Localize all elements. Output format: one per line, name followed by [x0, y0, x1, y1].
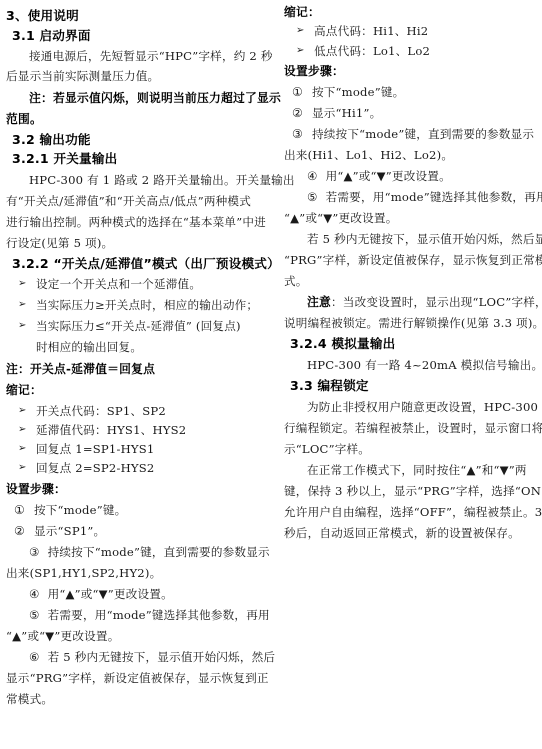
step-continuation: “▲”或“▼”更改设置。 — [284, 210, 398, 226]
paragraph: 行设定(见第 5 项)。 — [6, 235, 113, 251]
circled-number-icon: ⑥ — [29, 650, 40, 664]
step-continuation: “▲”或“▼”更改设置。 — [6, 628, 120, 644]
bullet-arrow-icon: ➢ — [18, 441, 27, 457]
paragraph: 允许用户自由编程，选择“OFF”，编程被禁止。3 — [284, 504, 542, 520]
step-item: ⑤若需要，用“mode”键选择其他参数，再用 — [284, 189, 542, 205]
paragraph: HPC-300 有 1 路或 2 路开关量输出。开关量输出 — [6, 172, 295, 188]
paragraph: 说明编程被锁定。需进行解锁操作(见第 3.3 项)。 — [284, 315, 542, 331]
step-item: ①按下“mode”键。 — [284, 84, 404, 100]
step-item: ⑥若 5 秒内无键按下，显示值开始闪烁，然后 — [6, 649, 275, 665]
note-text: 注：开关点-延滞值＝回复点 — [6, 361, 155, 377]
list-item: ➢回复点 1=SP1-HYS1 — [6, 441, 154, 457]
paragraph: 接通电源后，先短暂显示“HPC”字样，约 2 秒 — [6, 48, 273, 64]
list-item: ➢当实际压力≥开关点时，相应的输出动作； — [6, 297, 258, 313]
list-item: ➢回复点 2=SP2-HYS2 — [6, 460, 154, 476]
section-heading-3: 3、使用说明 — [6, 8, 79, 24]
list-item: ➢延滞值代码：HYS1、HYS2 — [6, 422, 186, 438]
section-heading-3-2: 3.2 输出功能 — [12, 132, 91, 148]
step-continuation: 出来(Hi1、Lo1、Hi2、Lo2)。 — [284, 147, 453, 163]
list-item: ➢开关点代码：SP1、SP2 — [6, 403, 166, 419]
step-continuation: 出来(SP1,HY1,SP2,HY2)。 — [6, 565, 161, 581]
step-item: ③持续按下“mode”键，直到需要的参数显示 — [6, 544, 270, 560]
list-item: ➢当实际压力≤“开关点-延滞值” (回复点) — [6, 318, 241, 334]
paragraph: 在正常工作模式下，同时按住“▲”和“▼”两 — [284, 462, 527, 478]
paragraph: 行编程锁定。若编程被禁止，设置时，显示窗口将显 — [284, 420, 542, 436]
step-continuation: 显示“PRG”字样，新设定值被保存，显示恢复到正 — [6, 670, 269, 686]
paragraph: “PRG”字样，新设定值被保存，显示恢复到正常模 — [284, 252, 542, 268]
paragraph: HPC-300 有一路 4~20mA 模拟信号输出。 — [284, 357, 542, 373]
section-heading-3-2-2: 3.2.2 “开关点/延滞值”模式（出厂预设模式） — [12, 256, 280, 272]
paragraph: 若 5 秒内无键按下，显示值开始闪烁，然后显示 — [284, 231, 542, 247]
bullet-arrow-icon: ➢ — [18, 460, 27, 476]
paragraph: 有“开关点/延滞值”和“开关高点/低点”两种模式 — [6, 193, 251, 209]
note-text: 注：若显示值闪烁，则说明当前压力超过了显示 — [6, 90, 281, 106]
step-item: ②显示“SP1”。 — [6, 523, 105, 539]
step-item: ④用“▲”或“▼”更改设置。 — [6, 586, 173, 602]
list-item-continuation: 时相应的输出回复。 — [6, 339, 142, 355]
circled-number-icon: ④ — [29, 587, 40, 601]
step-item: ⑤若需要，用“mode”键选择其他参数，再用 — [6, 607, 270, 623]
section-heading-3-2-1: 3.2.1 开关量输出 — [12, 151, 117, 167]
circled-number-icon: ⑤ — [29, 608, 40, 622]
bullet-arrow-icon: ➢ — [296, 23, 305, 39]
paragraph: 后显示当前实际测量压力值。 — [6, 68, 159, 84]
circled-number-icon: ② — [292, 106, 303, 120]
paragraph: 进行输出控制。两种模式的选择在“基本菜单”中进 — [6, 214, 266, 230]
step-item: ②显示“Hi1”。 — [284, 105, 381, 121]
note-paragraph: 注意：当改变设置时，显示出现“LOC”字样， — [284, 294, 542, 310]
step-item: ③持续按下“mode”键，直到需要的参数显示 — [284, 126, 534, 142]
step-item: ④用“▲”或“▼”更改设置。 — [284, 168, 451, 184]
circled-number-icon: ③ — [292, 127, 303, 141]
steps-label: 设置步骤： — [6, 481, 66, 497]
bullet-arrow-icon: ➢ — [18, 318, 27, 334]
steps-label: 设置步骤： — [284, 63, 344, 79]
bullet-arrow-icon: ➢ — [18, 276, 27, 292]
paragraph: 键，保持 3 秒以上，显示“PRG”字样，选择“ON”， — [284, 483, 542, 499]
step-item: ①按下“mode”键。 — [6, 502, 126, 518]
section-heading-3-3: 3.3 编程锁定 — [290, 378, 369, 394]
note-text: 范围。 — [6, 111, 42, 127]
circled-number-icon: ① — [14, 503, 25, 517]
paragraph: 式。 — [284, 273, 308, 289]
abbreviation-label: 缩记： — [284, 4, 320, 20]
circled-number-icon: ② — [14, 524, 25, 538]
list-item: ➢高点代码：Hi1、Hi2 — [284, 23, 428, 39]
section-heading-3-1: 3.1 启动界面 — [12, 28, 91, 44]
bullet-arrow-icon: ➢ — [18, 422, 27, 438]
bullet-arrow-icon: ➢ — [296, 43, 305, 59]
bullet-arrow-icon: ➢ — [18, 403, 27, 419]
abbreviation-label: 缩记： — [6, 382, 42, 398]
section-heading-3-2-4: 3.2.4 模拟量输出 — [290, 336, 395, 352]
circled-number-icon: ④ — [307, 169, 318, 183]
paragraph: 为防止非授权用户随意更改设置，HPC-300 可进 — [284, 399, 542, 415]
paragraph: 秒后，自动返回正常模式，新的设置被保存。 — [284, 525, 520, 541]
list-item: ➢低点代码：Lo1、Lo2 — [284, 43, 430, 59]
bullet-arrow-icon: ➢ — [18, 297, 27, 313]
step-continuation: 常模式。 — [6, 691, 53, 707]
circled-number-icon: ① — [292, 85, 303, 99]
circled-number-icon: ③ — [29, 545, 40, 559]
circled-number-icon: ⑤ — [307, 190, 318, 204]
list-item: ➢设定一个开关点和一个延滞值。 — [6, 276, 201, 292]
note-label: 注意 — [307, 295, 331, 309]
paragraph: 示“LOC”字样。 — [284, 441, 370, 457]
